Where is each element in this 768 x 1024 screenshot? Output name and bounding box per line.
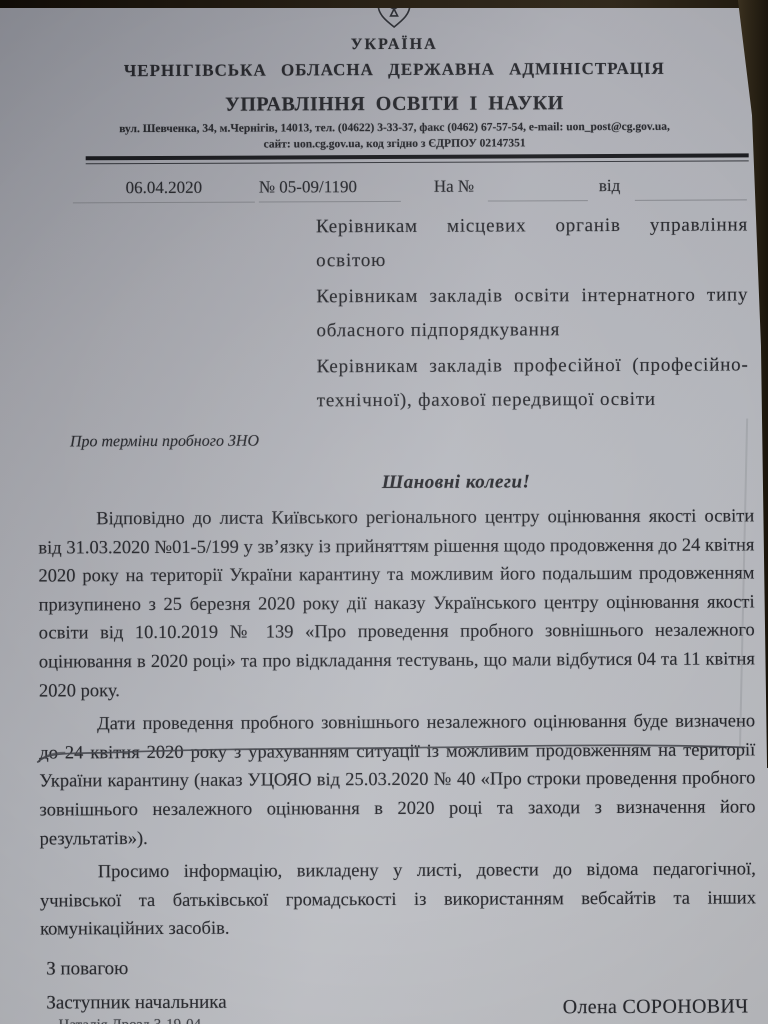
reply-date-blank xyxy=(635,199,747,200)
recipient-item: Керівникам закладів професійної (професі… xyxy=(317,348,749,418)
recipient-item: Керівникам місцевих органів управління о… xyxy=(316,208,748,278)
recipients-block: Керівникам місцевих органів управління о… xyxy=(316,208,749,420)
country-title: УКРАЇНА xyxy=(4,34,768,55)
letter-content: УКРАЇНА ЧЕРНІГІВСЬКА ОБЛАСНА ДЕРЖАВНА АД… xyxy=(0,0,768,1024)
photo-edge-top xyxy=(0,0,768,8)
reply-from-label: від xyxy=(599,176,620,196)
body-paragraph: Просимо інформацію, викладену у листі, д… xyxy=(40,856,756,945)
body-paragraph: Відповідно до листа Київського регіональ… xyxy=(38,502,755,705)
letter-body: Відповідно до листа Київського регіональ… xyxy=(38,502,756,949)
executor-line-cut-off: Наталія Дрозд 3-19-04 xyxy=(58,1016,201,1024)
department-title: УПРАВЛІННЯ ОСВІТИ І НАУКИ xyxy=(4,91,768,117)
recipient-item: Керівникам закладів освіти інтернатного … xyxy=(316,278,748,348)
signer-name: Олена СОРОНОВИЧ xyxy=(563,995,749,1019)
signer-position: Заступник начальника xyxy=(46,992,226,1015)
contact-website-line: сайт: uon.cg.gov.ua, код згідно з ЄДРПОУ… xyxy=(5,136,768,151)
administration-title: ЧЕРНІГІВСЬКА ОБЛАСНА ДЕРЖАВНА АДМІНІСТРА… xyxy=(4,58,768,81)
header-divider-double-rule xyxy=(86,153,749,164)
reply-to-label: На № xyxy=(434,177,474,197)
letter-number: № 05-09/1190 xyxy=(259,177,401,203)
scanned-letter-photo: УКРАЇНА ЧЕРНІГІВСЬКА ОБЛАСНА ДЕРЖАВНА АД… xyxy=(0,0,768,1024)
letter-date: 06.04.2020 xyxy=(73,178,255,204)
letter-paper: УКРАЇНА ЧЕРНІГІВСЬКА ОБЛАСНА ДЕРЖАВНА АД… xyxy=(0,0,768,1024)
subject-line: Про терміни пробного ЗНО xyxy=(70,433,259,452)
body-paragraph: Дати проведення пробного зовнішнього нез… xyxy=(39,708,756,854)
signature-closing: З повагою xyxy=(46,958,128,980)
reply-number-blank xyxy=(488,200,588,201)
contact-address-line: вул. Шевченка, 34, м.Чернігів, 14013, те… xyxy=(5,120,768,135)
salutation: Шановні колеги! xyxy=(2,470,768,495)
